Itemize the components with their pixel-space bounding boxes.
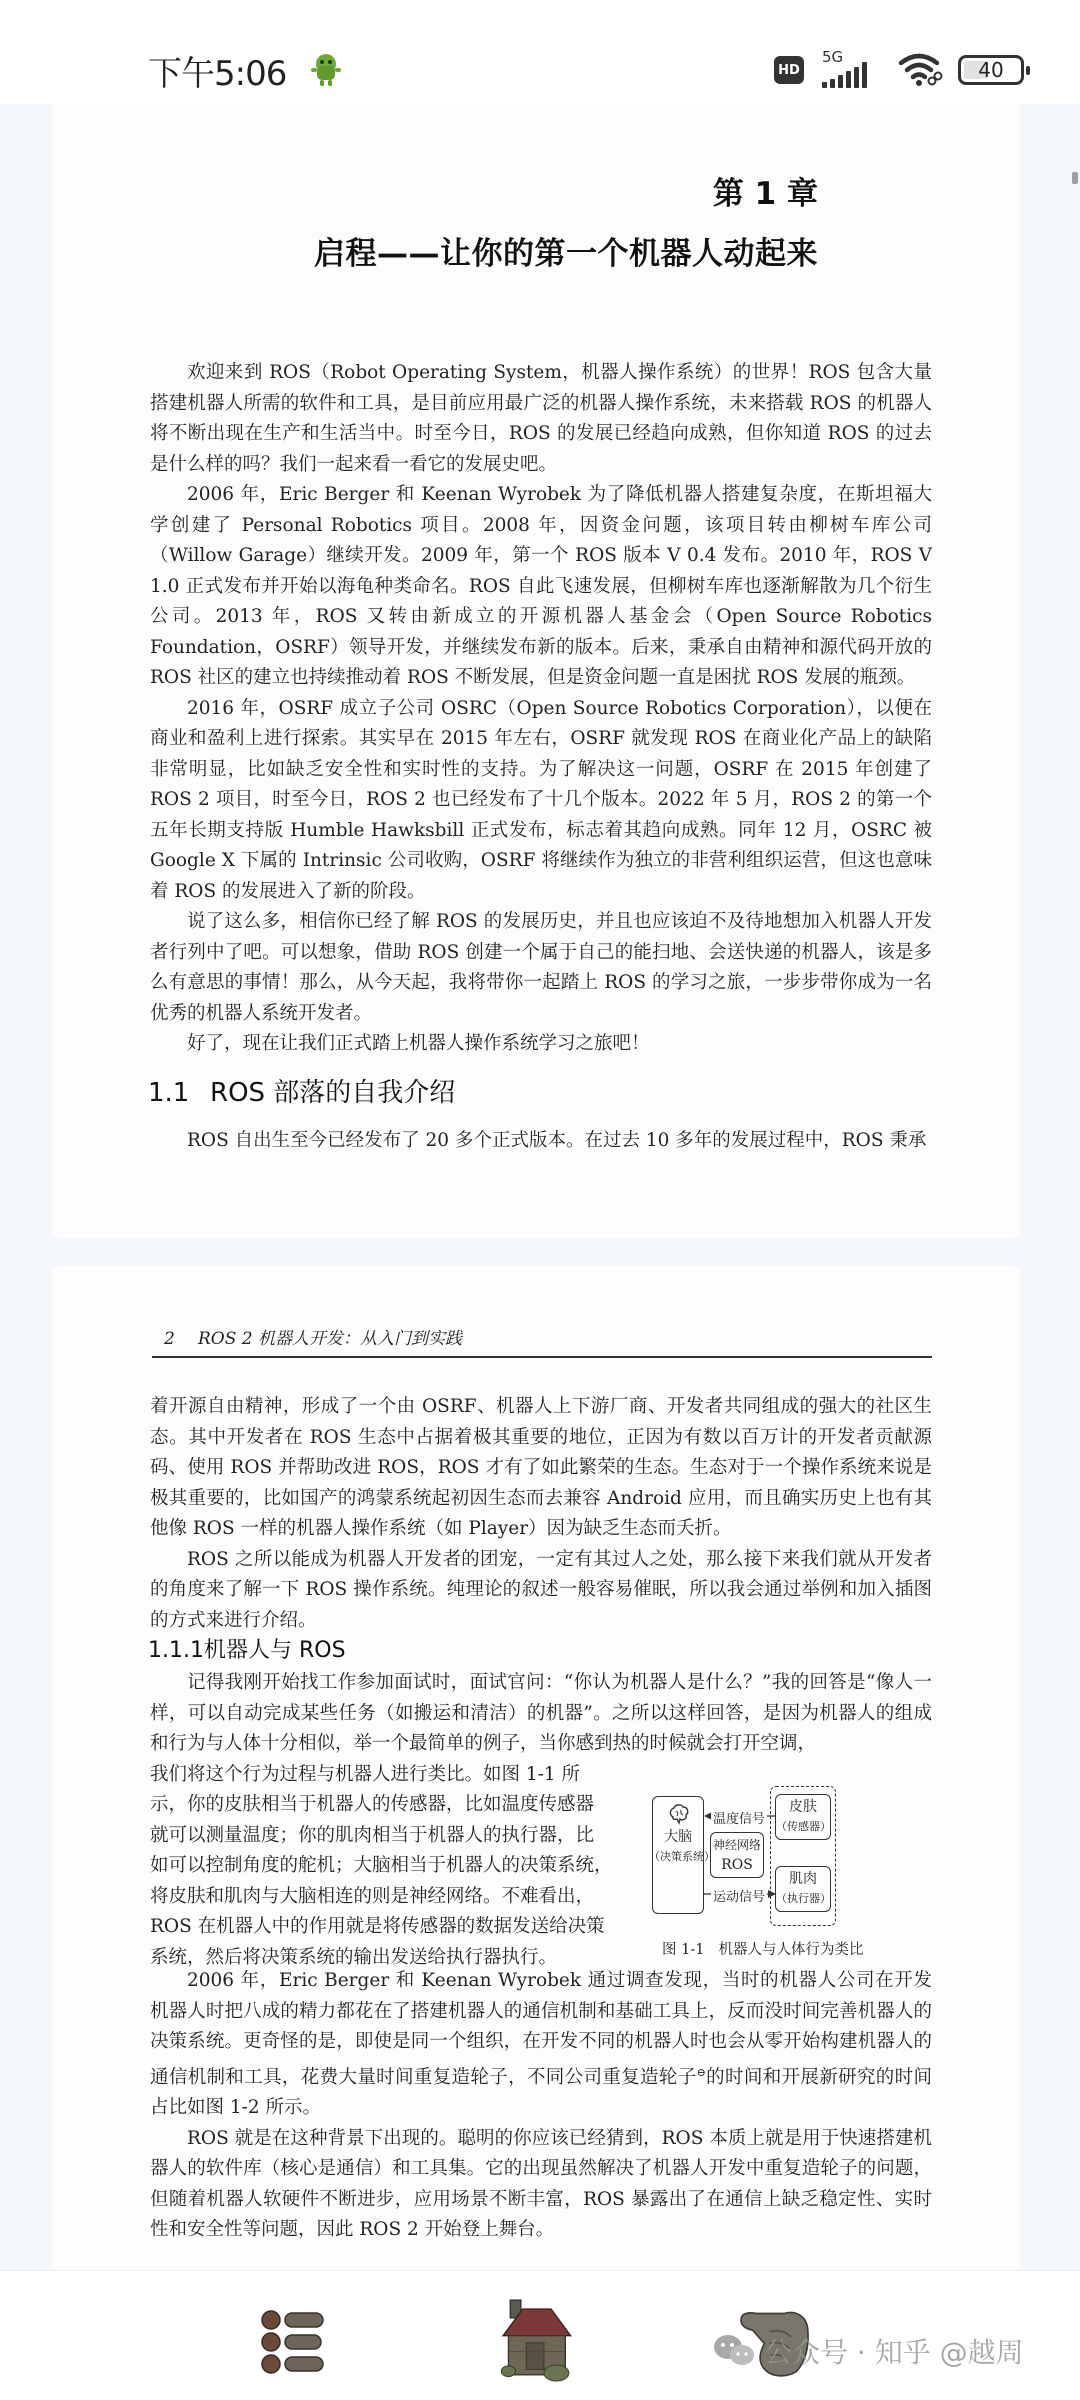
ros-label: 神经网络 — [711, 1835, 763, 1855]
figure-number: 图 1-1 — [662, 1942, 704, 1958]
muscle-box: 肌肉 （执行器） — [775, 1866, 831, 1912]
brain-label: 大脑 — [653, 1827, 703, 1847]
hd-icon: HD — [774, 56, 804, 84]
book-title: ROS 2 机器人开发：从入门到实践 — [198, 1329, 462, 1349]
header-rule — [152, 1356, 932, 1358]
muscle-sublabel: （执行器） — [776, 1889, 830, 1909]
figure-caption-text: 机器人与人体行为类比 — [718, 1942, 863, 1958]
paragraph: 好了，现在让我们正式踏上机器人操作系统学习之旅吧！ — [150, 1029, 932, 1060]
battery-icon: 40 — [958, 55, 1024, 85]
text-line: 示，你的皮肤相当于机器人的传感器，比如温度传感器 — [150, 1790, 620, 1821]
skin-box: 皮肤 （传感器） — [775, 1794, 831, 1840]
watermark-text: 公众号 · 知乎 @越周 — [764, 2331, 1024, 2371]
document-page-2: 2ROS 2 机器人开发：从入门到实践 着开源自由精神，形成了一个由 OSRF、… — [52, 1266, 1020, 2276]
status-bar: 下午5:06 HD 5G 40 — [0, 0, 1080, 104]
text-line: 如可以控制角度的舵机；大脑相当于机器人的决策系统， — [150, 1851, 620, 1882]
chapter-title: 启程——让你的第一个机器人动起来 — [314, 228, 818, 273]
subsection-heading: 1.1.1机器人与 ROS — [148, 1633, 346, 1664]
menu-button[interactable] — [254, 2301, 334, 2381]
list-icon — [261, 2306, 327, 2376]
wechat-icon — [712, 2333, 756, 2369]
text-line: 将皮肤和肌肉与大脑相连的则是神经网络。不难看出， — [150, 1882, 620, 1913]
ros-box: 神经网络 ROS — [710, 1832, 764, 1878]
muscle-label: 肌肉 — [776, 1869, 830, 1889]
body-text: 着开源自由精神，形成了一个由 OSRF、机器人上下游厂商、开发者共同组成的强大的… — [150, 1392, 932, 1636]
running-header: 2ROS 2 机器人开发：从入门到实践 — [152, 1324, 932, 1349]
footnote-marker[interactable]: ⊖ — [697, 2066, 706, 2079]
paragraph: ROS 之所以能成为机器人开发者的团宠，一定有其过人之处，那么接下来我们就从开发… — [150, 1545, 932, 1637]
wrapped-lines: 我们将这个行为过程与机器人进行类比。如图 1-1 所 示，你的皮肤相当于机器人的… — [150, 1760, 620, 1974]
battery-level: 40 — [978, 58, 1003, 82]
paragraph: 2006 年，Eric Berger 和 Keenan Wyrobek 通过调查… — [150, 1966, 932, 2124]
subsection-title: 机器人与 ROS — [204, 1638, 346, 1663]
scroll-indicator[interactable] — [1072, 172, 1078, 184]
wifi-icon — [898, 51, 944, 89]
skin-label: 皮肤 — [776, 1797, 830, 1817]
status-icons: HD 5G 40 — [774, 50, 1024, 90]
paragraph: 2016 年，OSRF 成立子公司 OSRC（Open Source Robot… — [150, 694, 932, 908]
section-number: 1.1 — [148, 1078, 210, 1108]
chapter-number: 第 1 章 — [713, 168, 818, 213]
figure-caption: 图 1-1机器人与人体行为类比 — [662, 1938, 863, 1959]
paragraph: ROS 就是在这种背景下出现的。聪明的你应该已经猜到，ROS 本质上就是用于快速… — [150, 2124, 932, 2246]
android-mascot-icon — [308, 50, 344, 88]
home-button[interactable] — [496, 2301, 576, 2381]
page-number: 2 — [152, 1329, 198, 1349]
section-heading: 1.1ROS 部落的自我介绍 — [148, 1072, 455, 1109]
brain-sublabel: （决策系统） — [649, 1847, 703, 1867]
document-page-1: 第 1 章 启程——让你的第一个机器人动起来 欢迎来到 ROS（Robot Op… — [52, 104, 1020, 1238]
brain-box: 大脑 （决策系统） — [652, 1796, 704, 1914]
paragraph: ROS 自出生至今已经发布了 20 多个正式版本。在过去 10 多年的发展过程中… — [150, 1126, 932, 1157]
paragraph: 欢迎来到 ROS（Robot Operating System，机器人操作系统）… — [150, 358, 932, 480]
paragraph: 着开源自由精神，形成了一个由 OSRF、机器人上下游厂商、开发者共同组成的强大的… — [150, 1392, 932, 1545]
house-icon — [496, 2293, 576, 2389]
text-line: 我们将这个行为过程与机器人进行类比。如图 1-1 所 — [150, 1760, 620, 1791]
paragraph: 说了这么多，相信你已经了解 ROS 的发展历史，并且也应该迫不及待地想加入机器人… — [150, 907, 932, 1029]
temperature-signal-label: 温度信号 — [711, 1808, 767, 1827]
brain-icon — [668, 1803, 690, 1825]
intro-text: 欢迎来到 ROS（Robot Operating System，机器人操作系统）… — [150, 358, 932, 1060]
text-line: ROS 在机器人中的作用就是将传感器的数据发送给决策 — [150, 1912, 620, 1943]
watermark: 公众号 · 知乎 @越周 — [712, 2331, 1024, 2371]
skin-sublabel: （传感器） — [776, 1817, 830, 1837]
signal-icon: 5G — [818, 50, 884, 90]
motion-signal-label: 运动信号 — [711, 1886, 767, 1905]
section-title: ROS 部落的自我介绍 — [210, 1078, 455, 1108]
paragraph: 2006 年，Eric Berger 和 Keenan Wyrobek 为了降低… — [150, 480, 932, 694]
paragraph: 记得我刚开始找工作参加面试时，面试官问：“你认为机器人是什么？”我的回答是“像人… — [150, 1668, 932, 1760]
status-time: 下午5:06 — [148, 46, 286, 95]
subsection-number: 1.1.1 — [148, 1638, 204, 1663]
text-line: 就可以测量温度；你的肌肉相当于机器人的执行器，比 — [150, 1821, 620, 1852]
body-text-lower: 2006 年，Eric Berger 和 Keenan Wyrobek 通过调查… — [150, 1966, 932, 2246]
bottom-nav: 公众号 · 知乎 @越周 — [0, 2270, 1080, 2400]
ros-sublabel: ROS — [711, 1855, 763, 1875]
